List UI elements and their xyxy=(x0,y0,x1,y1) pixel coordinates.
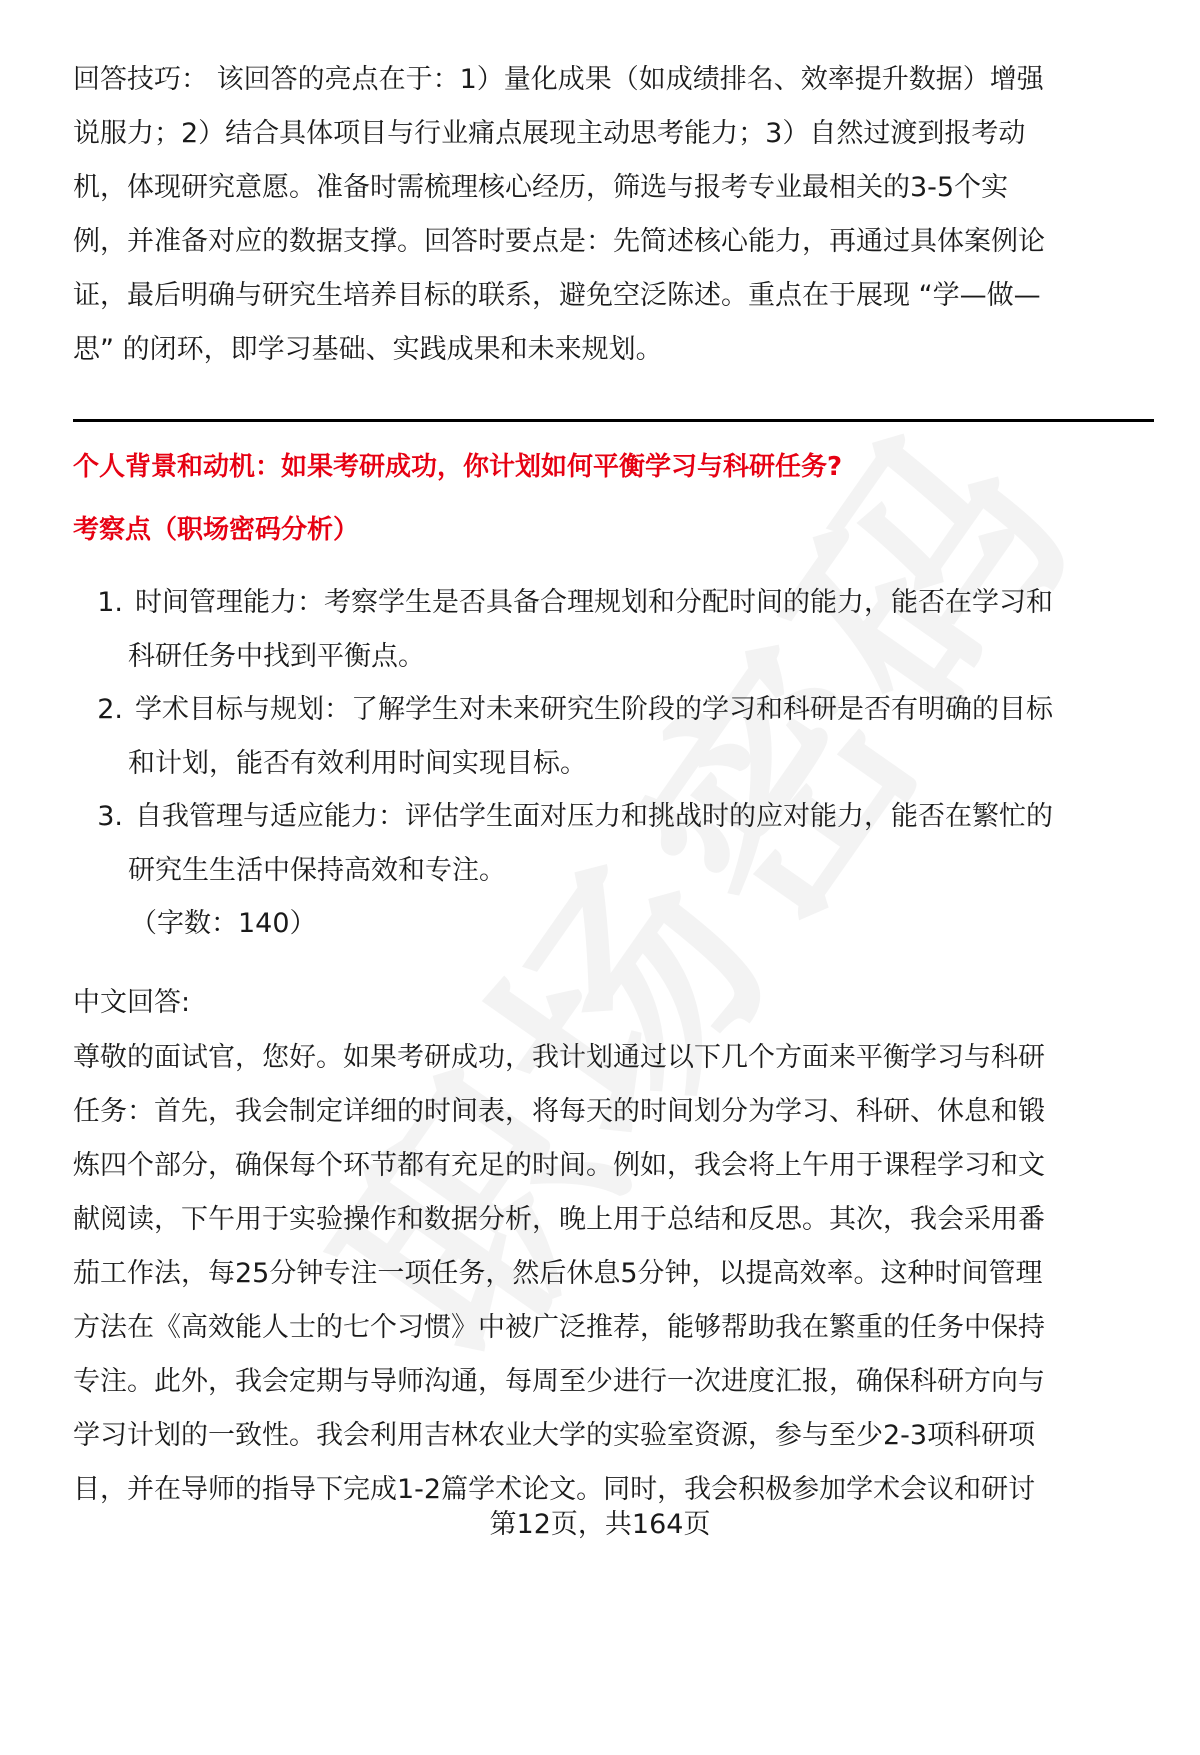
tips-line: 回答技巧： 该回答的亮点在于：1）量化成果（如成绩排名、效率提升数据）增强 xyxy=(73,63,1044,97)
list-number: 3. xyxy=(68,800,123,834)
analysis-item-3: 3.自我管理与适应能力：评估学生面对压力和挑战时的应对能力，能否在繁忙的 xyxy=(73,800,1053,834)
list-text: 学术目标与规划：了解学生对未来研究生阶段的学习和科研是否有明确的目标 xyxy=(123,693,1053,727)
analysis-item-2: 2.学术目标与规划：了解学生对未来研究生阶段的学习和科研是否有明确的目标 xyxy=(73,693,1053,727)
tips-line: 思” 的闭环，即学习基础、实践成果和未来规划。 xyxy=(73,333,663,367)
tips-line: 说服力；2）结合具体项目与行业痛点展现主动思考能力；3）自然过渡到报考动 xyxy=(73,117,1025,151)
document-page: 职场密码 回答技巧： 该回答的亮点在于：1）量化成果（如成绩排名、效率提升数据）… xyxy=(0,0,1200,1755)
list-text: 自我管理与适应能力：评估学生面对压力和挑战时的应对能力，能否在繁忙的 xyxy=(123,800,1053,834)
answer-line: 专注。此外，我会定期与导师沟通，每周至少进行一次进度汇报，确保科研方向与 xyxy=(73,1365,1045,1399)
tips-line: 证，最后明确与研究生培养目标的联系，避免空泛陈述。重点在于展现 “学—做— xyxy=(73,279,1041,313)
analysis-item-1-continuation: 科研任务中找到平衡点。 xyxy=(128,640,425,674)
answer-label: 中文回答: xyxy=(73,986,190,1020)
analysis-item-2-continuation: 和计划，能否有效利用时间实现目标。 xyxy=(128,747,587,781)
answer-line: 尊敬的面试官，您好。如果考研成功，我计划通过以下几个方面来平衡学习与科研 xyxy=(73,1041,1045,1075)
answer-line: 方法在《高效能人士的七个习惯》中被广泛推荐，能够帮助我在繁重的任务中保持 xyxy=(73,1311,1045,1345)
analysis-item-3-continuation: 研究生生活中保持高效和专注。 xyxy=(128,854,506,888)
list-text: 时间管理能力：考察学生是否具备合理规划和分配时间的能力，能否在学习和 xyxy=(123,586,1053,620)
word-count: （字数：140） xyxy=(130,907,317,941)
list-number: 2. xyxy=(68,693,123,727)
answer-line: 任务：首先，我会制定详细的时间表，将每天的时间划分为学习、科研、休息和锻 xyxy=(73,1095,1045,1129)
question-heading: 个人背景和动机：如果考研成功，你计划如何平衡学习与科研任务? xyxy=(73,450,842,484)
analysis-item-1: 1.时间管理能力：考察学生是否具备合理规划和分配时间的能力，能否在学习和 xyxy=(73,586,1053,620)
tips-line: 机，体现研究意愿。准备时需梳理核心经历，筛选与报考专业最相关的3-5个实 xyxy=(73,171,1008,205)
answer-line: 献阅读，下午用于实验操作和数据分析，晚上用于总结和反思。其次，我会采用番 xyxy=(73,1203,1045,1237)
answer-line: 茄工作法，每25分钟专注一项任务，然后休息5分钟，以提高效率。这种时间管理 xyxy=(73,1257,1043,1291)
answer-line: 炼四个部分，确保每个环节都有充足的时间。例如，我会将上午用于课程学习和文 xyxy=(73,1149,1045,1183)
tips-line: 例，并准备对应的数据支撑。回答时要点是：先简述核心能力，再通过具体案例论 xyxy=(73,225,1045,259)
section-divider xyxy=(73,419,1154,422)
answer-line: 学习计划的一致性。我会利用吉林农业大学的实验室资源，参与至少2-3项科研项 xyxy=(73,1419,1035,1453)
list-number: 1. xyxy=(68,586,123,620)
answer-line: 目，并在导师的指导下完成1-2篇学术论文。同时，我会积极参加学术会议和研讨 xyxy=(73,1473,1035,1507)
analysis-heading: 考察点（职场密码分析） xyxy=(73,513,359,547)
page-footer: 第12页，共164页 xyxy=(0,1508,1200,1542)
